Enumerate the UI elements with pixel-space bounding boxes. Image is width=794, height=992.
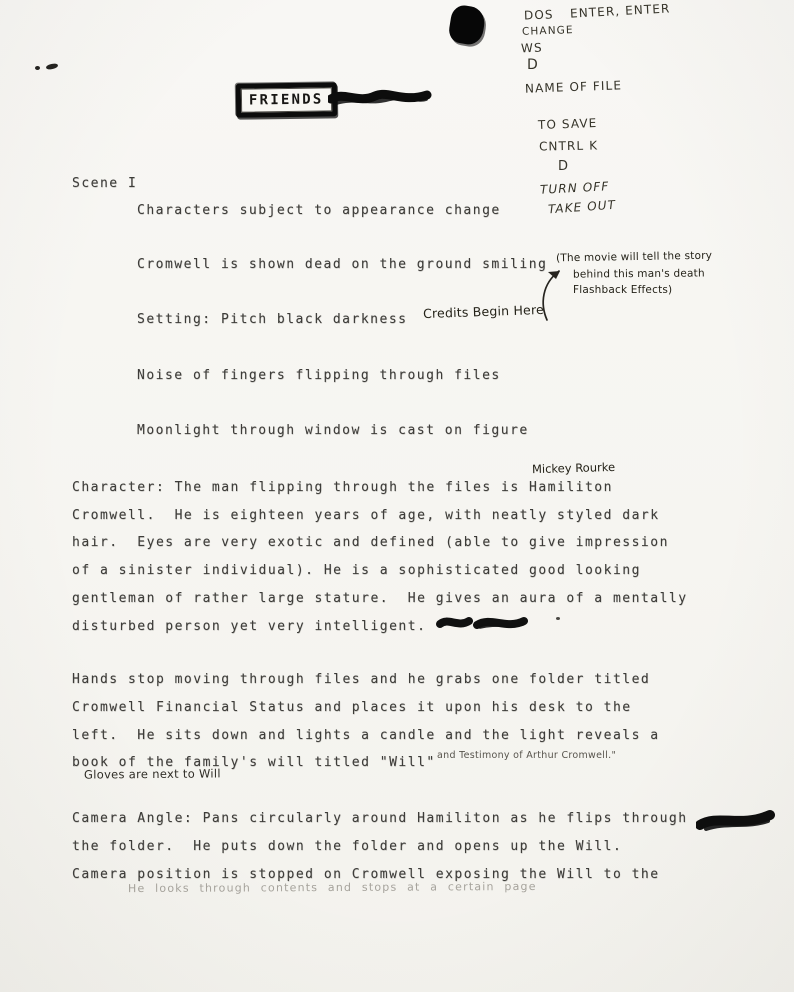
body-line: gentleman of rather large stature. He gi… (72, 591, 688, 606)
hand-note-turn-off: TURN OFF (540, 179, 610, 197)
ink-speck (46, 63, 59, 70)
hand-note-enter-enter: ENTER, ENTER (570, 1, 671, 20)
body-line: Camera Angle: Pans circularly around Ham… (72, 811, 688, 826)
body-line: disturbed person yet very intelligent. (72, 619, 426, 634)
hand-note-bottom: He looks through contents and stops at a… (128, 880, 537, 895)
body-line: Camera position is stopped on Cromwell e… (72, 867, 660, 882)
ink-speck (35, 66, 40, 70)
beat-line: Noise of fingers flipping through files (137, 368, 501, 383)
beat-line: Characters subject to appearance change (137, 203, 501, 218)
body-line: the folder. He puts down the folder and … (72, 839, 622, 854)
title-box: FRIENDS (236, 82, 338, 117)
body-line: hair. Eyes are very exotic and defined (… (72, 535, 669, 550)
hand-note-gloves: Gloves are next to Will (84, 766, 221, 781)
hand-note-name-of-file: NAME OF FILE (525, 78, 622, 95)
ink-blob (447, 4, 487, 47)
hand-note-dos: DOS (524, 7, 554, 22)
hand-note-death-3: Flashback Effects) (573, 284, 672, 296)
film-title: FRIENDS (241, 87, 333, 112)
hand-note-credits: Credits Begin Here (423, 302, 544, 321)
hand-note-casting: Mickey Rourke (532, 460, 615, 476)
hand-note-change: CHANGE (522, 24, 574, 38)
beat-line: Moonlight through window is cast on figu… (137, 423, 529, 438)
hand-note-death-1: (The movie will tell the story (556, 250, 712, 265)
body-line: Cromwell. He is eighteen years of age, w… (72, 508, 660, 523)
beat-line: Setting: Pitch black darkness (137, 312, 407, 327)
body-line: of a sinister individual). He is a sophi… (72, 563, 641, 578)
hand-note-will-title: and Testimony of Arthur Cromwell." (437, 750, 616, 761)
marker-scribble-title (328, 86, 432, 112)
hand-note-cntrl-k: CNTRL K (539, 138, 598, 153)
hand-note-to-save: TO SAVE (538, 116, 598, 132)
body-line: Character: The man flipping through the … (72, 480, 613, 495)
hand-note-death-2: behind this man's death (573, 267, 705, 280)
beat-line: Cromwell is shown dead on the ground smi… (137, 257, 547, 272)
marker-scribble-camera (696, 806, 776, 836)
hand-note-take-out: TAKE OUT (548, 198, 617, 217)
annotation-arrow (538, 266, 568, 322)
hand-note-d1: D (527, 57, 539, 73)
scene-heading: Scene I (72, 176, 137, 191)
marker-scribble-intelligent (436, 611, 530, 635)
body-line: Hands stop moving through files and he g… (72, 672, 650, 687)
scanned-script-page: DOS ENTER, ENTER CHANGE WS D NAME OF FIL… (0, 0, 794, 992)
ink-speck (556, 617, 560, 620)
body-line: Cromwell Financial Status and places it … (72, 700, 632, 715)
hand-note-ws: WS (521, 41, 543, 56)
body-line: left. He sits down and lights a candle a… (72, 728, 660, 743)
hand-note-d2: D (558, 159, 569, 174)
